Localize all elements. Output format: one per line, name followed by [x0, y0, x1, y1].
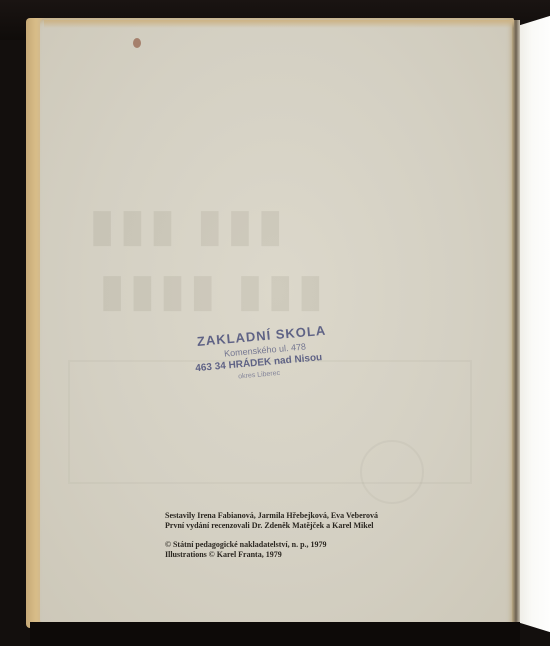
colophon: Sestavily Irena Fabianová, Jarmila Hřebe…	[165, 511, 415, 560]
right-page	[516, 14, 550, 634]
colophon-spacer	[165, 531, 415, 540]
page-top-edge	[44, 20, 514, 28]
colophon-compilers: Sestavily Irena Fabianová, Jarmila Hřebe…	[165, 511, 415, 521]
punch-mark	[133, 38, 141, 48]
spine-shadow	[512, 20, 520, 632]
bleed-through-title-2: ▮▮▮▮ ▮▮▮	[100, 265, 329, 316]
bleed-through-circle	[360, 440, 424, 504]
background-bottom	[30, 622, 520, 646]
stamp-line-4: okres Liberec	[238, 370, 280, 381]
colophon-publisher: © Státní pedagogické nakladatelství, n. …	[165, 540, 415, 550]
colophon-illustrations: Illustrations © Karel Franta, 1979	[165, 550, 415, 560]
colophon-reviewers: První vydání recenzovali Dr. Zdeněk Matě…	[165, 521, 415, 531]
bleed-through-title-1: ▮▮▮ ▮▮▮	[90, 200, 288, 251]
